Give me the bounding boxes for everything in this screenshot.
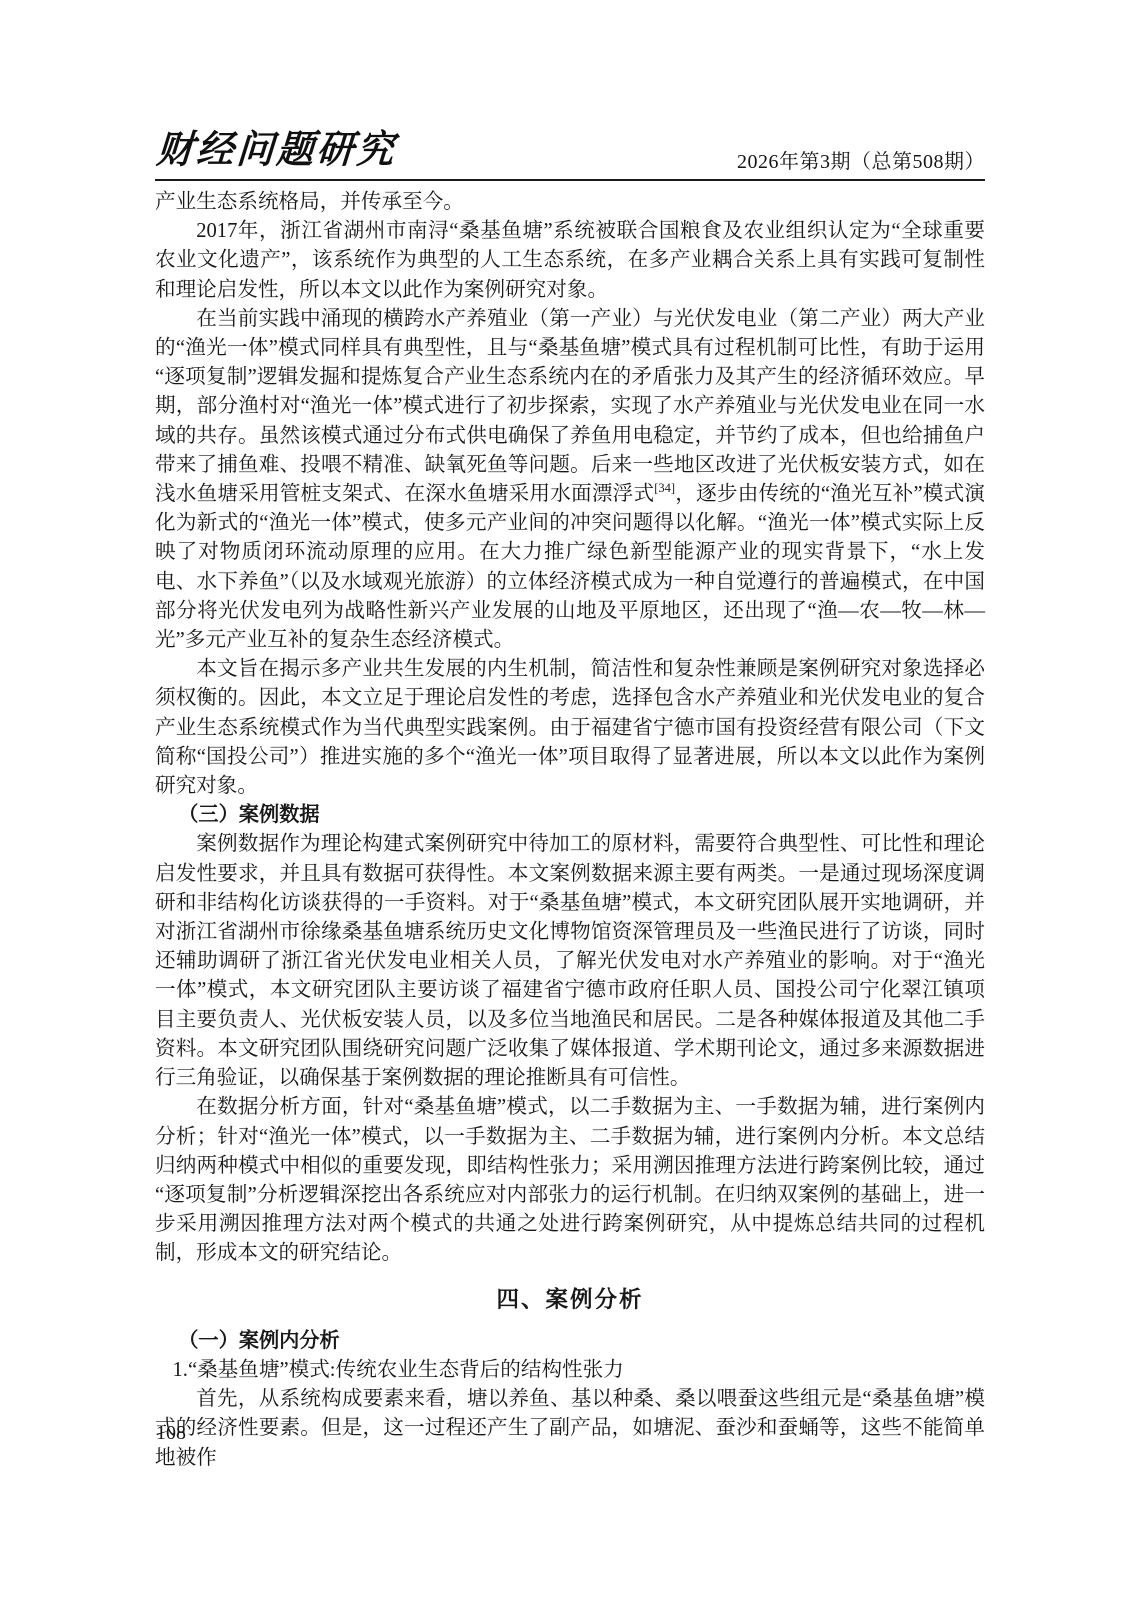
journal-page: 财经问题研究 2026年第3期（总第508期） 产业生态系统格局，并传承至今。 … xyxy=(0,0,1140,1600)
paragraph-continuation: 产业生态系统格局，并传承至今。 xyxy=(155,188,985,217)
subsection-heading-within-case-analysis: （一）案例内分析 xyxy=(155,1327,985,1356)
paragraph: 首先，从系统构成要素来看，塘以养鱼、基以种桑、桑以喂蚕这些组元是“桑基鱼塘”模式… xyxy=(155,1385,985,1473)
subsection-heading-case-data: （三）案例数据 xyxy=(155,801,985,830)
issue-info: 2026年第3期（总第508期） xyxy=(737,145,985,174)
paragraph: 2017年，浙江省湖州市南浔“桑基鱼塘”系统被联合国粮食及农业组织认定为“全球重… xyxy=(155,217,985,305)
paragraph-text: 在当前实践中涌现的横跨水产养殖业（第一产业）与光伏发电业（第二产业）两大产业的“… xyxy=(155,308,985,505)
page-number: 108 xyxy=(156,1422,186,1445)
paragraph: 案例数据作为理论构建式案例研究中待加工的原材料，需要符合典型性、可比性和理论启发… xyxy=(155,830,985,1093)
section-heading-case-analysis: 四、案例分析 xyxy=(155,1285,985,1314)
citation-ref: [34] xyxy=(654,481,675,495)
paragraph: 在数据分析方面，针对“桑基鱼塘”模式，以二手数据为主、一手数据为辅，进行案例内分… xyxy=(155,1093,985,1268)
paragraph: 在当前实践中涌现的横跨水产养殖业（第一产业）与光伏发电业（第二产业）两大产业的“… xyxy=(155,305,985,655)
paragraph: 本文旨在揭示多产业共生发展的内生机制，简洁性和复杂性兼顾是案例研究对象选择必须权… xyxy=(155,655,985,801)
numbered-item-heading: 1.“桑基鱼塘”模式:传统农业生态背后的结构性张力 xyxy=(155,1356,985,1385)
paragraph-text: ，逐步由传统的“渔光互补”模式演化为新式的“渔光一体”模式，使多元产业间的冲突问… xyxy=(155,483,985,651)
page-header: 财经问题研究 2026年第3期（总第508期） xyxy=(155,122,985,181)
article-body: 产业生态系统格局，并传承至今。 2017年，浙江省湖州市南浔“桑基鱼塘”系统被联… xyxy=(155,188,985,1473)
journal-logo: 财经问题研究 xyxy=(155,118,399,174)
